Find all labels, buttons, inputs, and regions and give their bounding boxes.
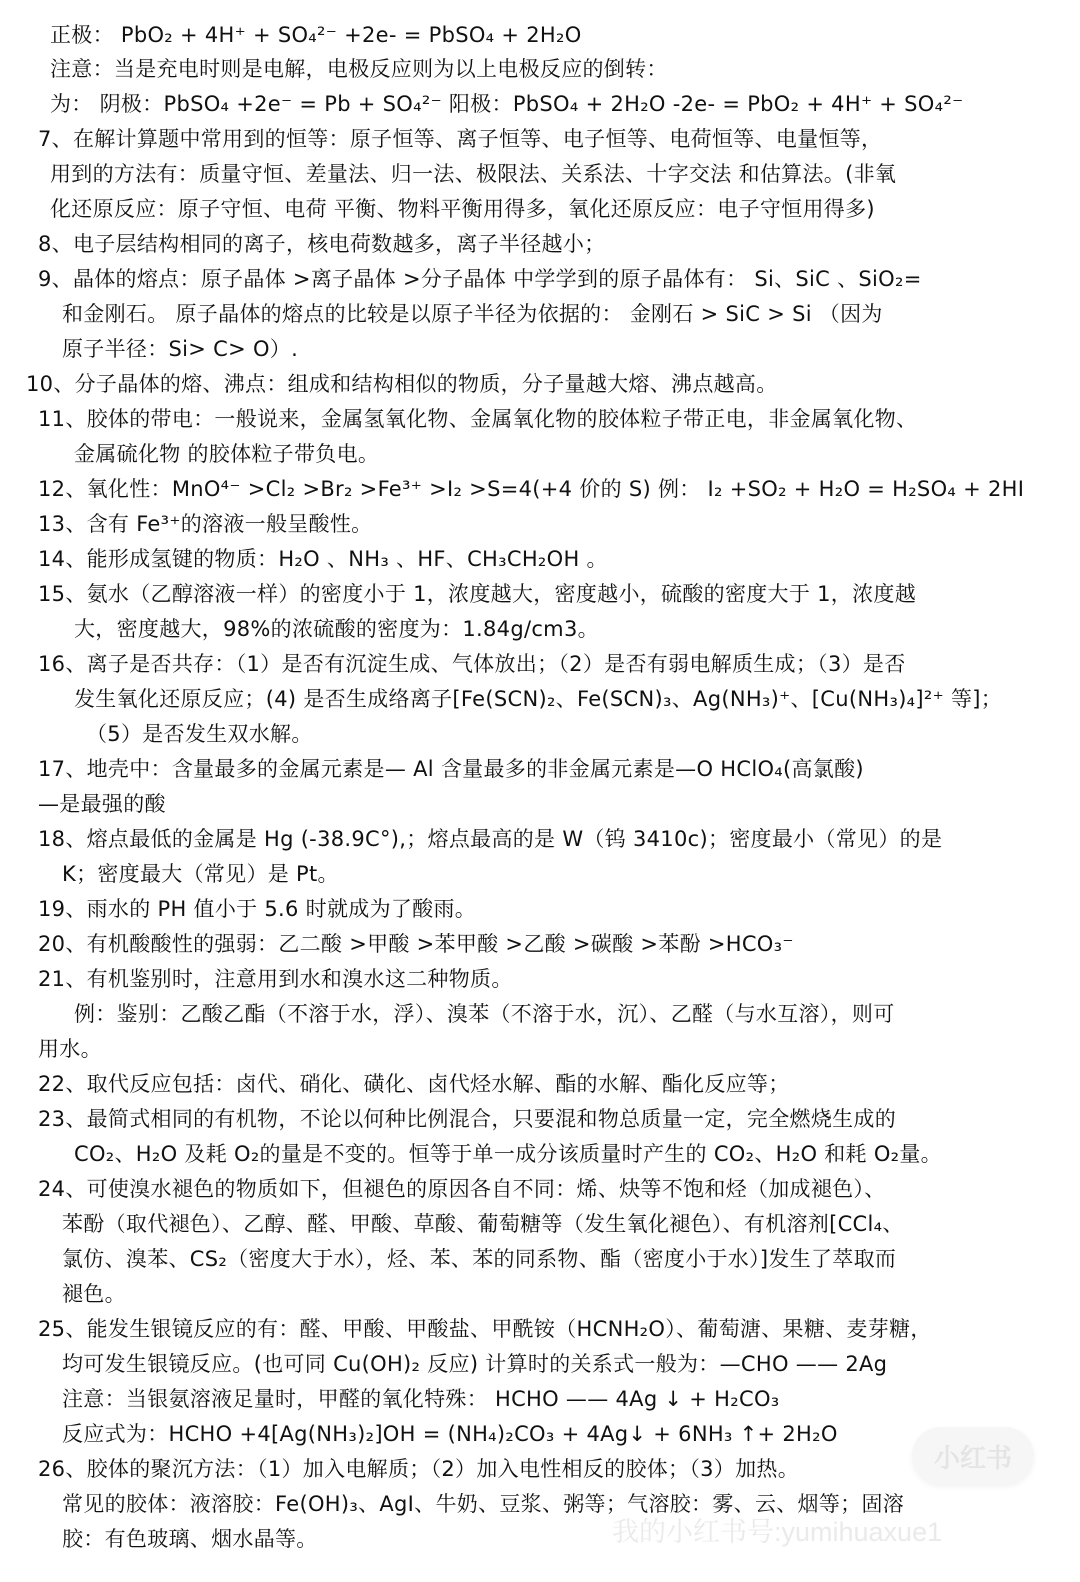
text-line: —是最强的酸 bbox=[38, 789, 166, 819]
text-line: 用到的方法有：质量守恒、差量法、归一法、极限法、关系法、十字交法 和估算法。(非… bbox=[50, 159, 896, 189]
text-line: 14、能形成氢键的物质：H₂O 、NH₃ 、HF、CH₃CH₂OH 。 bbox=[38, 544, 608, 574]
text-line: 氯仿、溴苯、CS₂（密度大于水），烃、苯、苯的同系物、酯（密度小于水）]发生了萃… bbox=[62, 1244, 896, 1274]
text-line: 16、离子是否共存：（1）是否有沉淀生成、气体放出；（2）是否有弱电解质生成；（… bbox=[38, 649, 906, 679]
text-line: 用水。 bbox=[38, 1034, 102, 1064]
text-line: 金属硫化物 的胶体粒子带负电。 bbox=[74, 439, 379, 469]
text-line: 反应式为：HCHO +4[Ag(NH₃)₂]OH = (NH₄)₂CO₃ + 4… bbox=[62, 1419, 838, 1449]
text-line: 例：鉴别：乙酸乙酯（不溶于水，浮）、溴苯（不溶于水，沉）、乙醛（与水互溶），则可 bbox=[74, 999, 895, 1029]
text-line: 13、含有 Fe³⁺的溶液一般呈酸性。 bbox=[38, 509, 372, 539]
text-line: 为： 阴极：PbSO₄ +2e⁻ = Pb + SO₄²⁻ 阳极：PbSO₄ +… bbox=[50, 89, 963, 119]
text-line: 正极： PbO₂ + 4H⁺ + SO₄²⁻ +2e- = PbSO₄ + 2H… bbox=[50, 20, 582, 50]
text-line: 15、氨水（乙醇溶液一样）的密度小于 1，浓度越大，密度越小，硫酸的密度大于 1… bbox=[38, 579, 916, 609]
text-line: 25、能发生银镜反应的有：醛、甲酸、甲酸盐、甲酰铵（HCNH₂O）、葡萄溏、果糖… bbox=[38, 1314, 932, 1344]
text-line: K；密度最大（常见）是 Pt。 bbox=[62, 859, 339, 889]
text-line: 大，密度越大，98%的浓硫酸的密度为：1.84g/cm3。 bbox=[74, 614, 599, 644]
text-line: 17、地壳中：含量最多的金属元素是— Al 含量最多的非金属元素是—O HClO… bbox=[38, 754, 864, 784]
account-watermark: 我的小红书号:yumihuaxue1 bbox=[612, 1510, 942, 1549]
text-line: 均可发生银镜反应。(也可同 Cu(OH)₂ 反应) 计算时的关系式一般为：—CH… bbox=[62, 1349, 887, 1379]
text-line: 20、有机酸酸性的强弱：乙二酸 >甲酸 >苯甲酸 >乙酸 >碳酸 >苯酚 >HC… bbox=[38, 929, 794, 959]
text-line: CO₂、H₂O 及耗 O₂的量是不变的。恒等于单一成分该质量时产生的 CO₂、H… bbox=[74, 1139, 942, 1169]
text-line: 化还原反应：原子守恒、电荷 平衡、物料平衡用得多，氧化还原反应：电子守恒用得多) bbox=[50, 194, 875, 224]
text-line: 12、氧化性：MnO⁴⁻ >Cl₂ >Br₂ >Fe³⁺ >I₂ >S=4(+4… bbox=[38, 474, 1024, 504]
text-line: 24、可使溴水褪色的物质如下，但褪色的原因各自不同：烯、炔等不饱和烃（加成褪色）… bbox=[38, 1174, 886, 1204]
text-line: 18、熔点最低的金属是 Hg (-38.9C°),；熔点最高的是 W（钨 341… bbox=[38, 824, 942, 854]
text-line: 23、最简式相同的有机物，不论以何种比例混合，只要混和物总质量一定，完全燃烧生成… bbox=[38, 1104, 896, 1134]
text-line: 22、取代反应包括：卤代、硝化、磺化、卤代烃水解、酯的水解、酯化反应等； bbox=[38, 1069, 790, 1099]
text-line: 胶：有色玻璃、烟水晶等。 bbox=[62, 1524, 318, 1554]
text-line: 9、晶体的熔点：原子晶体 >离子晶体 >分子晶体 中学学到的原子晶体有： Si、… bbox=[38, 264, 922, 294]
text-line: 19、雨水的 PH 值小于 5.6 时就成为了酸雨。 bbox=[38, 894, 476, 924]
text-line: 10、分子晶体的熔、沸点：组成和结构相似的物质，分子量越大熔、沸点越高。 bbox=[26, 369, 778, 399]
xiaohongshu-logo-watermark: 小红书 bbox=[912, 1427, 1034, 1485]
text-line: 注意：当是充电时则是电解，电极反应则为以上电极反应的倒转： bbox=[50, 54, 668, 84]
text-line: 苯酚（取代褪色）、乙醇、醛、甲酸、草酸、葡萄糖等（发生氧化褪色）、有机溶剂[CC… bbox=[62, 1209, 904, 1239]
text-line: 褪色。 bbox=[62, 1279, 126, 1309]
text-line: 和金刚石。 原子晶体的熔点的比较是以原子半径为依据的： 金刚石 > SiC > … bbox=[62, 299, 883, 329]
text-line: （5）是否发生双水解。 bbox=[86, 719, 313, 749]
text-line: 11、胶体的带电：一般说来，金属氢氧化物、金属氧化物的胶体粒子带正电，非金属氧化… bbox=[38, 404, 917, 434]
text-line: 原子半径：Si> C> O）. bbox=[62, 334, 298, 364]
text-line: 7、在解计算题中常用到的恒等：原子恒等、离子恒等、电子恒等、电荷恒等、电量恒等， bbox=[38, 124, 882, 154]
text-line: 26、胶体的聚沉方法：（1）加入电解质；（2）加入电性相反的胶体；（3）加热。 bbox=[38, 1454, 799, 1484]
text-line: 发生氧化还原反应；(4) 是否生成络离子[Fe(SCN)₂、Fe(SCN)₃、A… bbox=[74, 684, 1002, 714]
text-line: 8、电子层结构相同的离子，核电荷数越多，离子半径越小； bbox=[38, 229, 605, 259]
document-page: 正极： PbO₂ + 4H⁺ + SO₄²⁻ +2e- = PbSO₄ + 2H… bbox=[0, 0, 1080, 1582]
text-line: 注意：当银氨溶液足量时，甲醛的氧化特殊： HCHO —— 4Ag ↓ + H₂C… bbox=[62, 1384, 780, 1414]
text-line: 21、有机鉴别时，注意用到水和溴水这二种物质。 bbox=[38, 964, 513, 994]
